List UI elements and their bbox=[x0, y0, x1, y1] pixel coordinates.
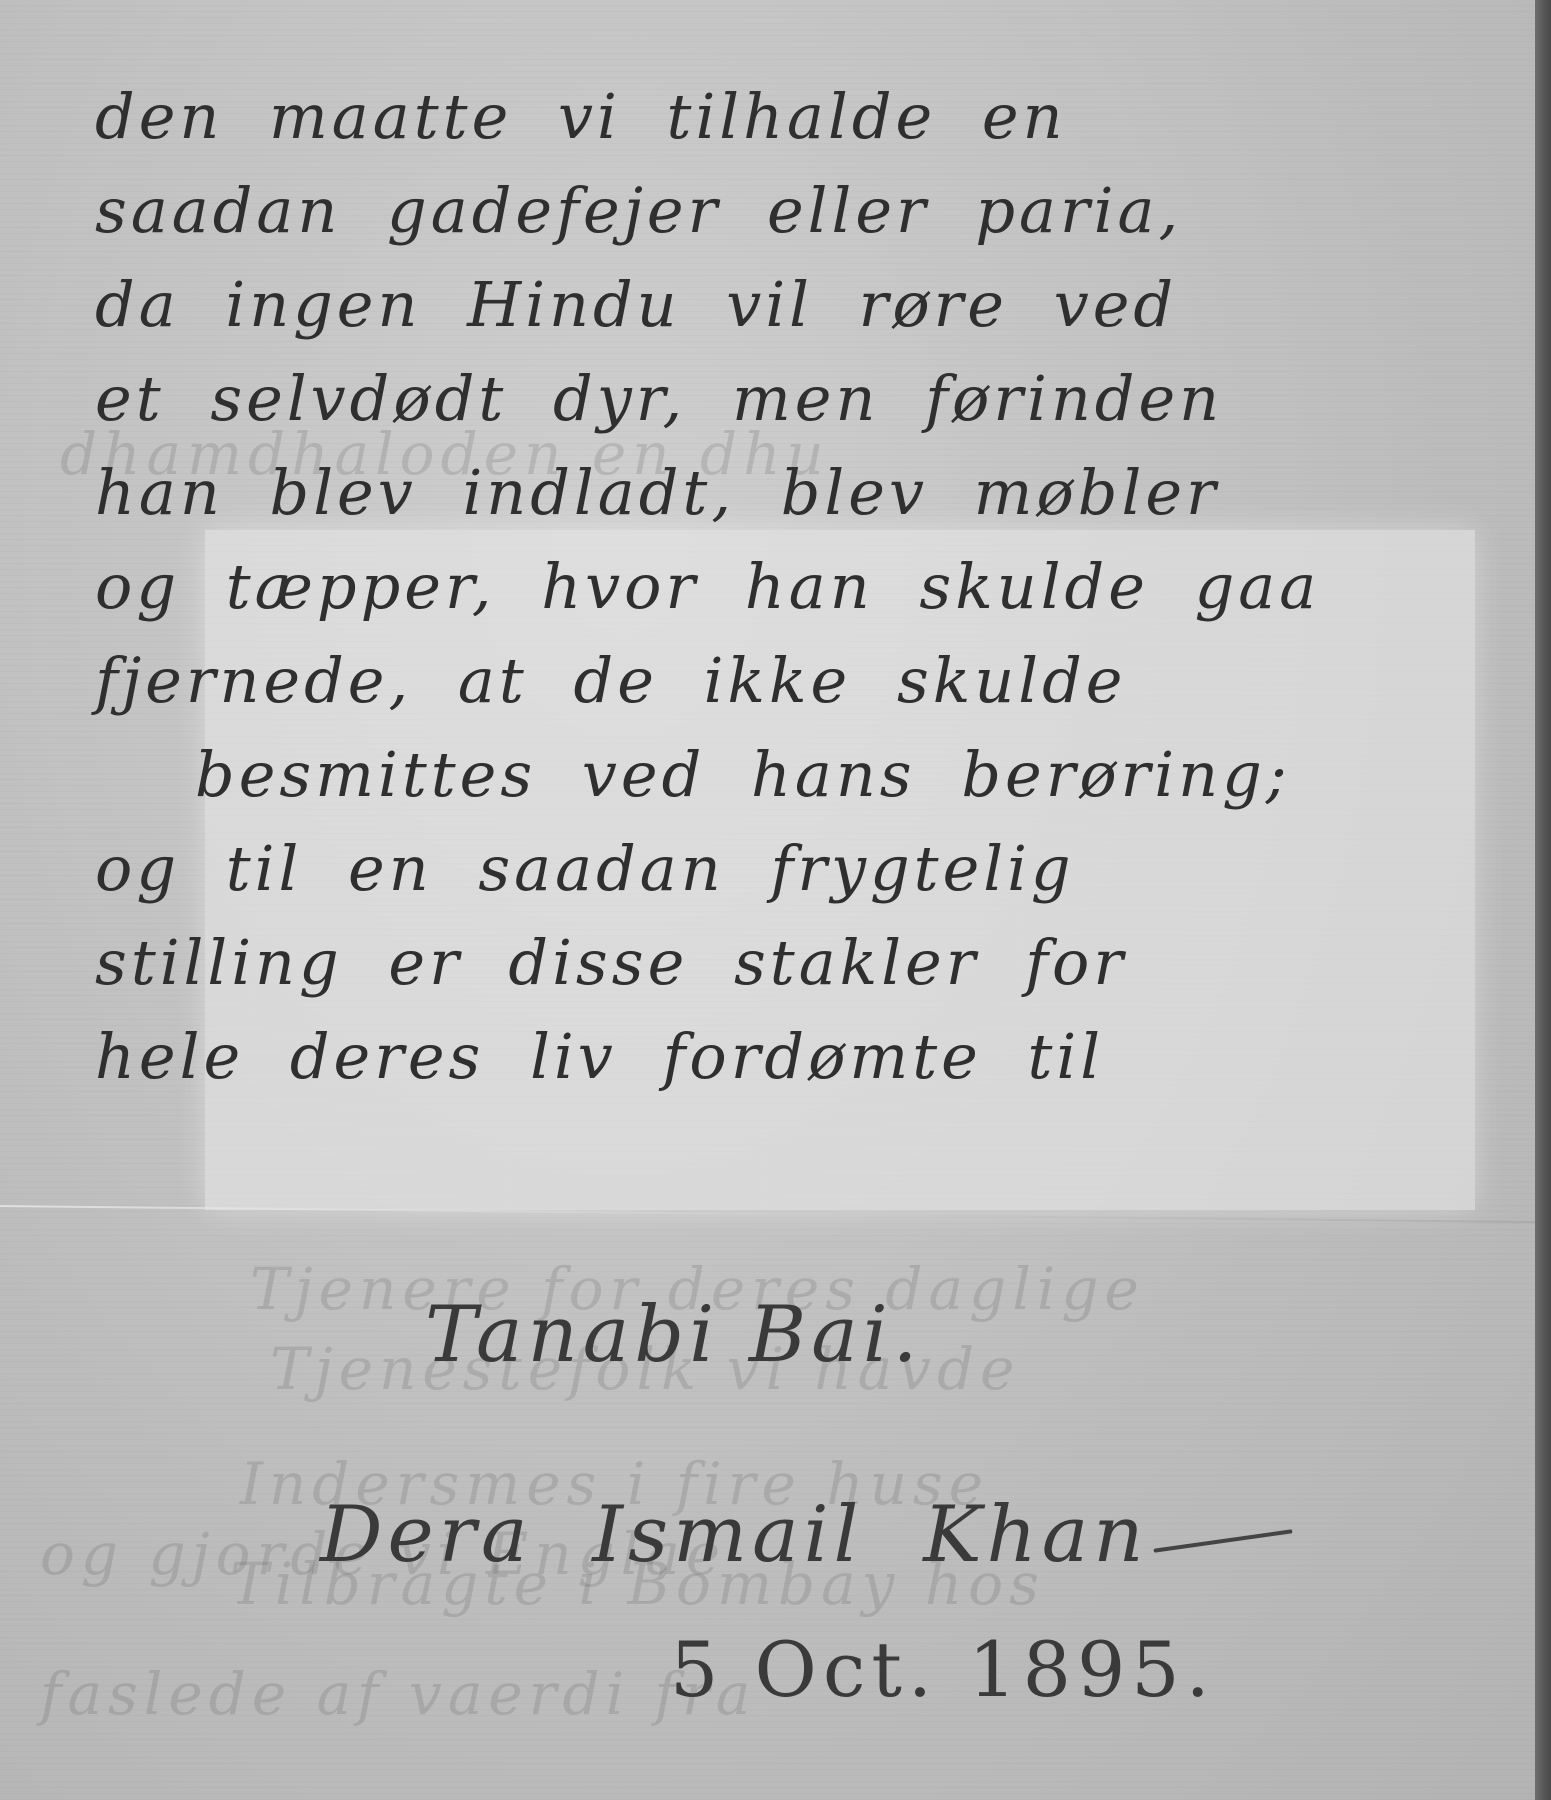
signature-place: Dera Ismail Khan bbox=[320, 1490, 1293, 1580]
signature-place-text: Dera Ismail Khan bbox=[320, 1490, 1149, 1580]
signature-flourish bbox=[1153, 1529, 1292, 1552]
letter-line: et selvdødt dyr, men førinden bbox=[95, 352, 1515, 446]
letter-line: den maatte vi tilhalde en bbox=[95, 70, 1515, 164]
scanned-letter-page: dhamdhaloden en dhu Tjenere for deres da… bbox=[0, 0, 1551, 1800]
letter-line: han blev indladt, blev møbler bbox=[95, 446, 1515, 540]
page-right-edge bbox=[1535, 0, 1551, 1800]
letter-line: og tæpper, hvor han skulde gaa bbox=[95, 540, 1515, 634]
letter-line: besmittes ved hans berøring; bbox=[95, 728, 1515, 822]
letter-body: den maatte vi tilhalde en saadan gadefej… bbox=[95, 70, 1515, 1104]
signature-name: Tanabi Bai. bbox=[425, 1290, 922, 1380]
signature-date: 5 Oct. 1895. bbox=[670, 1625, 1216, 1714]
letter-line: fjernede, at de ikke skulde bbox=[95, 634, 1515, 728]
letter-line: saadan gadefejer eller paria, bbox=[95, 164, 1515, 258]
letter-line: stilling er disse stakler for bbox=[95, 916, 1515, 1010]
letter-line: da ingen Hindu vil røre ved bbox=[95, 258, 1515, 352]
bleed-through-text: faslede af vaerdi fra bbox=[40, 1660, 756, 1728]
letter-line: og til en saadan frygtelig bbox=[95, 822, 1515, 916]
letter-line: hele deres liv fordømte til bbox=[95, 1010, 1515, 1104]
